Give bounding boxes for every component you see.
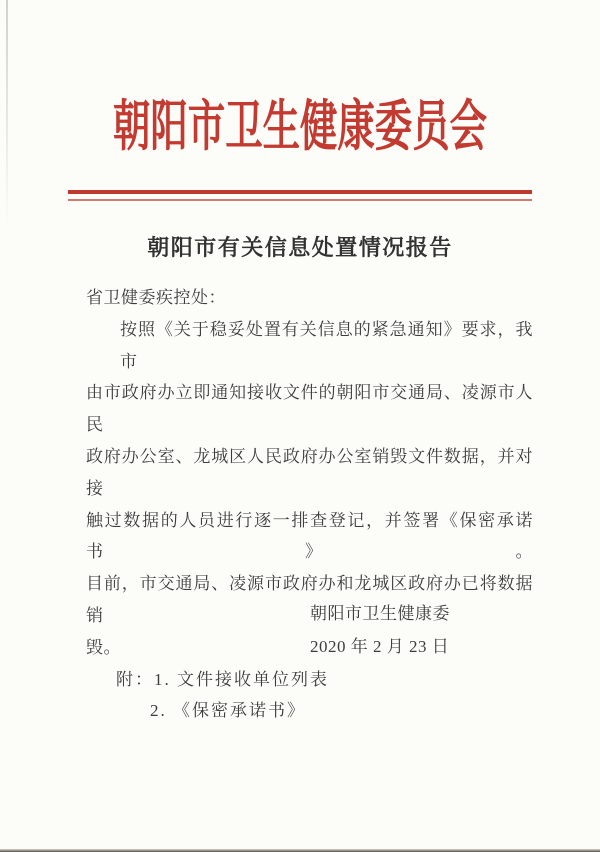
signature-block: 朝阳市卫生健康委 2020 年 2 月 23 日 [310, 597, 450, 663]
attachment-item-1: 1. 文件接收单位列表 [154, 670, 329, 689]
document-title: 朝阳市有关信息处置情况报告 [0, 231, 600, 262]
attachment-item-2: 2. 《保密承诺书》 [150, 701, 306, 720]
red-divider-thick [68, 190, 532, 194]
scanned-document-page: 朝阳市卫生健康委员会 朝阳市有关信息处置情况报告 省卫健委疾控处： 按照《关于稳… [0, 0, 600, 852]
attachment-line-2: 2. 《保密承诺书》 [86, 695, 533, 727]
salutation: 省卫健委疾控处： [86, 282, 533, 314]
body-line-3: 政府办公室、龙城区人民政府办公室销毁文件数据，并对接 [86, 441, 533, 505]
body-line-4: 触过数据的人员进行逐一排查登记，并签署《保密承诺书》。 [86, 505, 533, 569]
attachment-label: 附： [116, 670, 154, 689]
scan-artifact-left-edge [6, 0, 8, 230]
attachment-line-1: 附：1. 文件接收单位列表 [86, 664, 533, 696]
body-line-2: 由市政府办立即通知接收文件的朝阳市交通局、凌源市人民 [86, 377, 533, 441]
signature-date: 2020 年 2 月 23 日 [310, 630, 450, 663]
document-org-header: 朝阳市卫生健康委员会 [0, 94, 600, 174]
org-name-text: 朝阳市卫生健康委员会 [113, 94, 487, 160]
signature-org: 朝阳市卫生健康委 [310, 597, 450, 630]
red-divider-thin [68, 199, 532, 201]
body-line-1: 按照《关于稳妥处置有关信息的紧急通知》要求，我市 [86, 314, 533, 378]
